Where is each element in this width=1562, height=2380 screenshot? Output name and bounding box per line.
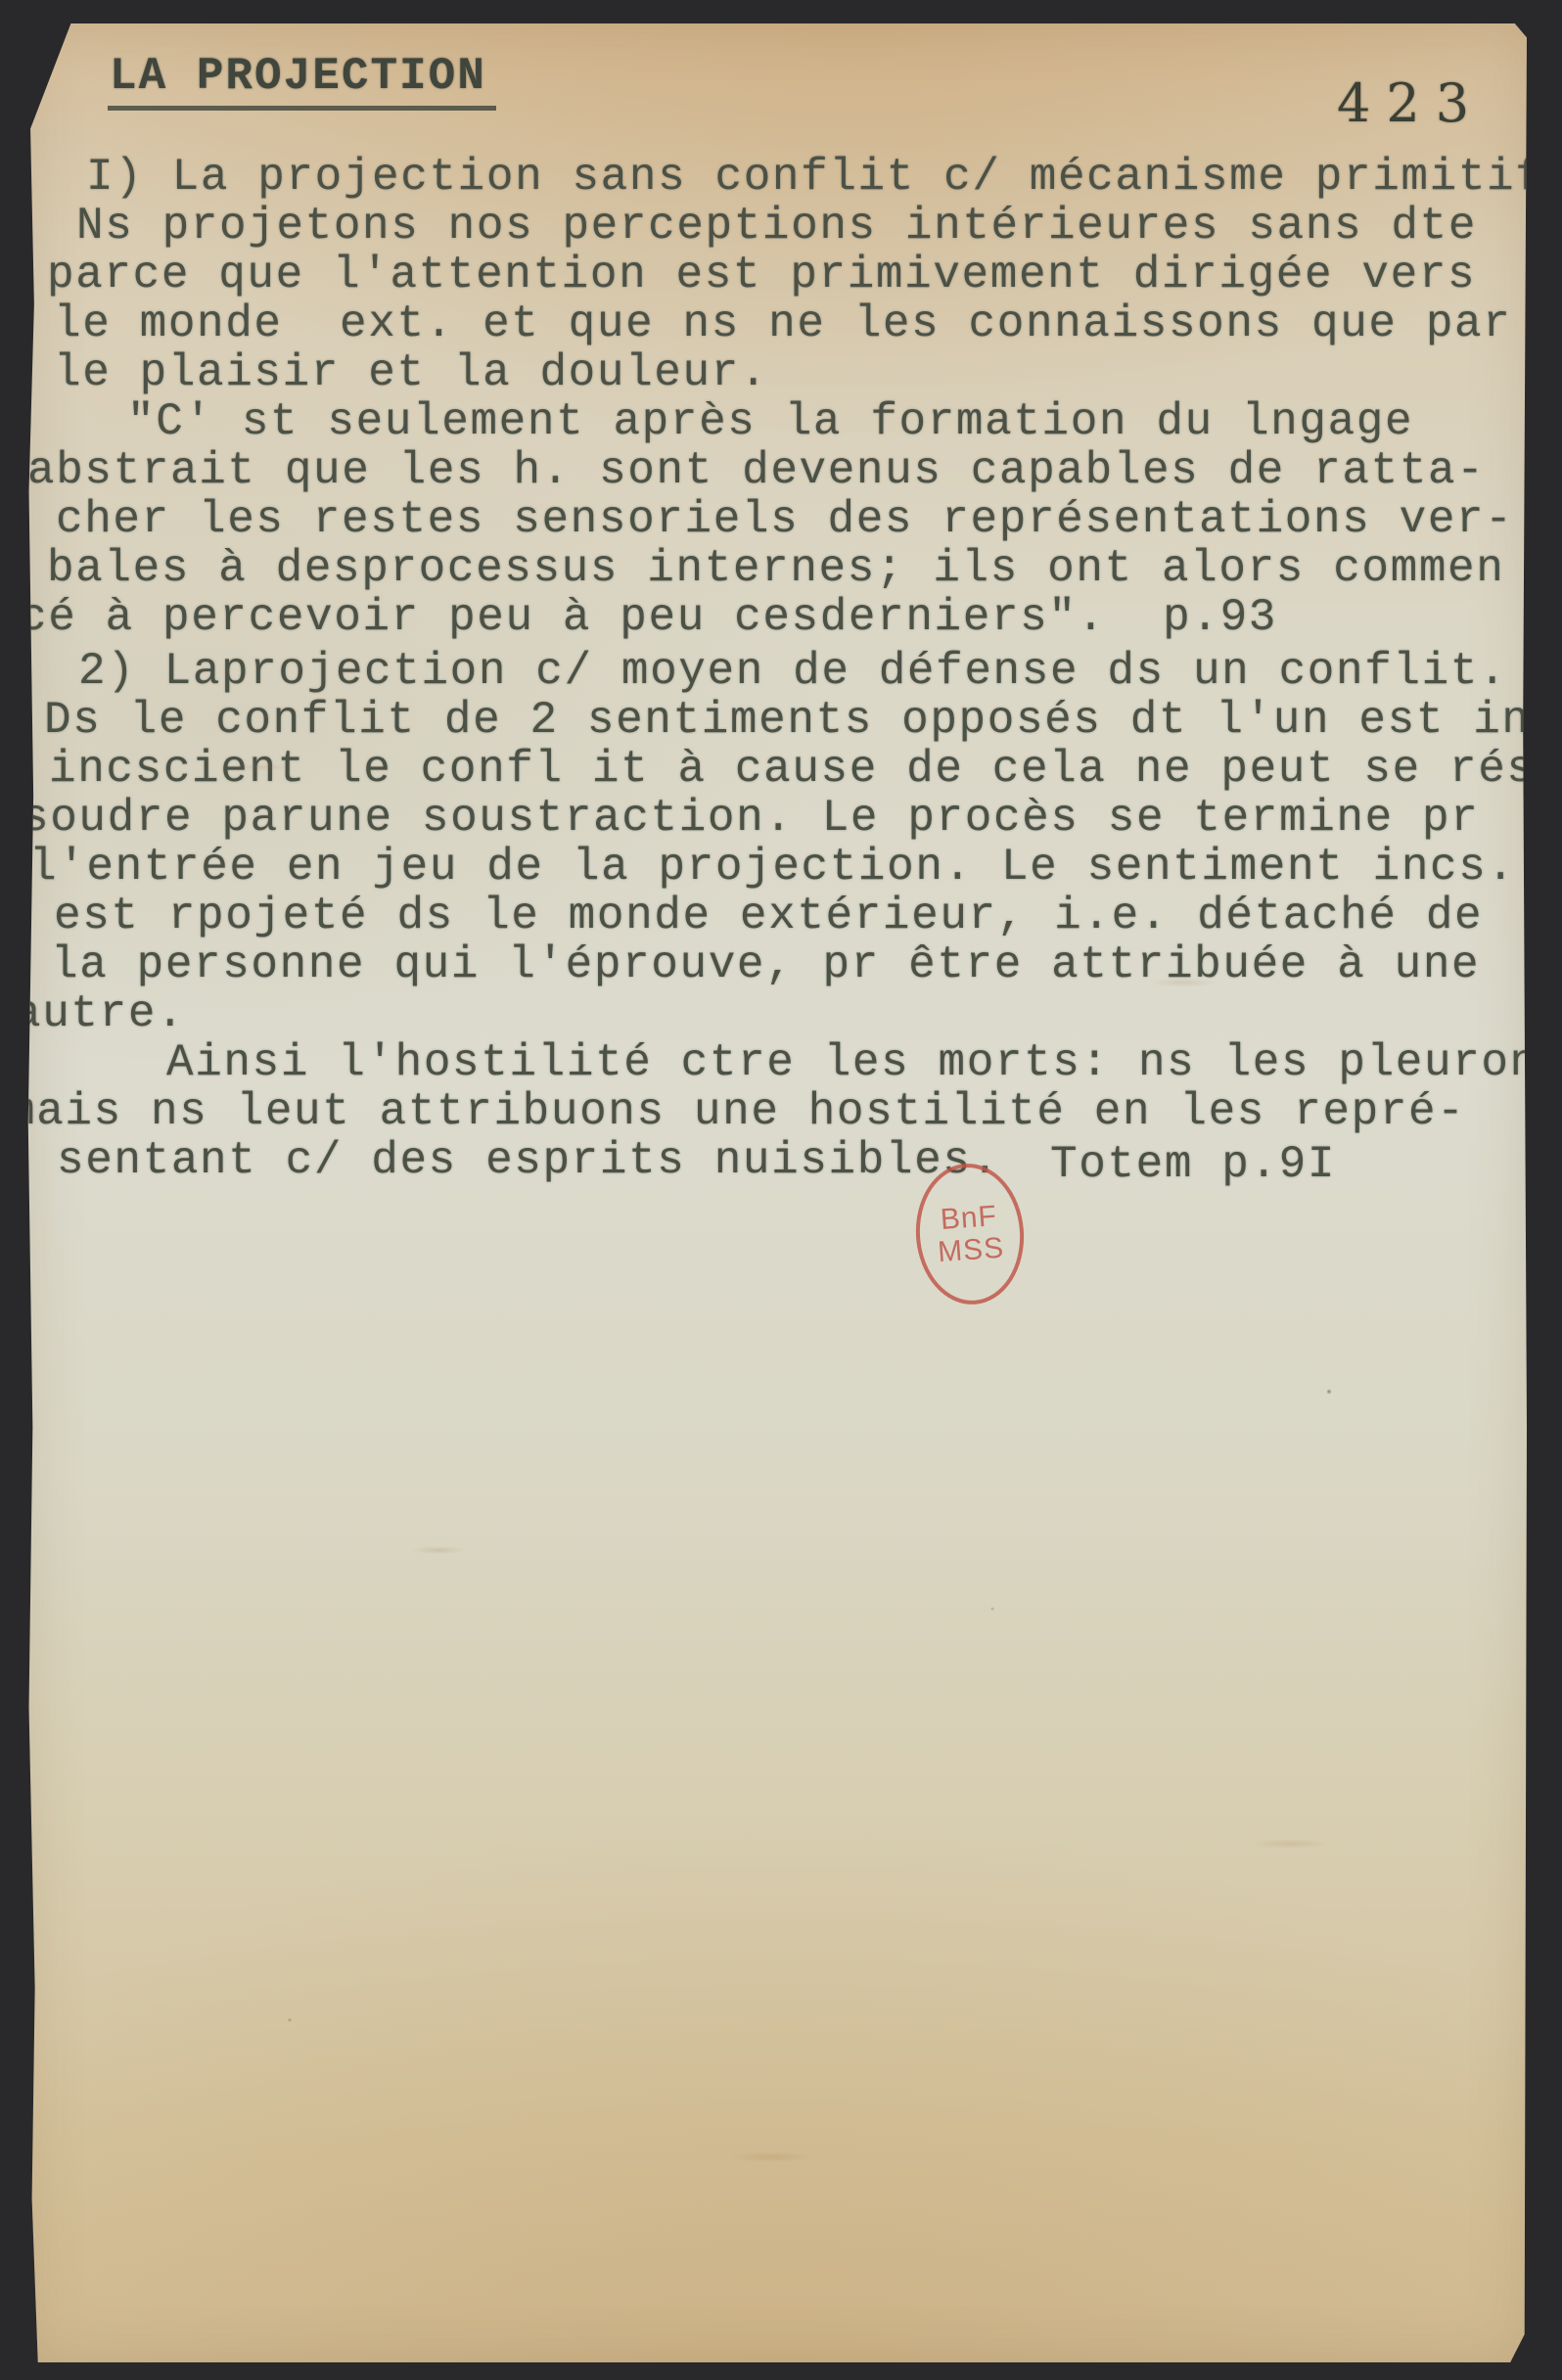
- page-number: 423: [1337, 72, 1485, 134]
- text-line: Ainsi l'hostilité ctre les morts: ns les…: [166, 1038, 1527, 1087]
- typed-text-body: I) La projection sans conflit c/ mécanis…: [27, 153, 1527, 1185]
- paragraph: I) La projection sans conflit c/ mécanis…: [27, 153, 1527, 397]
- text-line: le monde ext. et que ns ne les connaisso…: [54, 299, 1527, 348]
- text-line: soudre parune soustraction. Le procès se…: [27, 794, 1527, 843]
- text-line: I) La projection sans conflit c/ mécanis…: [86, 153, 1527, 202]
- text-line: la personne qui l'éprouve, pr être attri…: [51, 940, 1527, 989]
- text-line: incscient le confl it à cause de cela ne…: [49, 745, 1527, 794]
- text-line: cé à percevoir peu à peu cesderniers". p…: [27, 593, 1527, 642]
- paragraph: "C' st seulement après la formation du l…: [27, 397, 1527, 642]
- text-line: l'entrée en jeu de la projection. Le sen…: [29, 843, 1527, 892]
- text-line: cher les restes sensoriels des représent…: [56, 495, 1527, 544]
- text-line: Ds le conflit de 2 sentiments opposés dt…: [44, 696, 1527, 745]
- paragraph: 2) Laprojection c/ moyen de défense ds u…: [27, 647, 1527, 1038]
- text-line: parce que l'attention est primivement di…: [47, 251, 1527, 299]
- text-line: "C' st seulement après la formation du l…: [127, 397, 1527, 446]
- text-line: Ns projetons nos perceptions intérieures…: [76, 202, 1527, 251]
- scan-backdrop: 423 LA PROJECTION I) La projection sans …: [0, 0, 1562, 2380]
- text-line: le plaisir et la douleur.: [54, 348, 1527, 397]
- text-line: est rpojeté ds le monde extérieur, i.e. …: [54, 892, 1527, 940]
- text-line: autre.: [27, 989, 1527, 1038]
- text-line: abstrait que les h. sont devenus capable…: [27, 446, 1527, 495]
- source-citation: Totem p.9I: [1050, 1139, 1336, 1190]
- stamp-line2: MSS: [937, 1232, 1005, 1269]
- text-line: bales à desprocessus internes; ils ont a…: [47, 544, 1527, 593]
- stamp-line1: BnF: [940, 1200, 998, 1236]
- text-line: mais ns leut attribuons une hostilité en…: [27, 1087, 1527, 1136]
- text-line: 2) Laprojection c/ moyen de défense ds u…: [78, 647, 1527, 696]
- document-page: 423 LA PROJECTION I) La projection sans …: [27, 23, 1527, 2362]
- page-title: LA PROJECTION: [108, 53, 496, 111]
